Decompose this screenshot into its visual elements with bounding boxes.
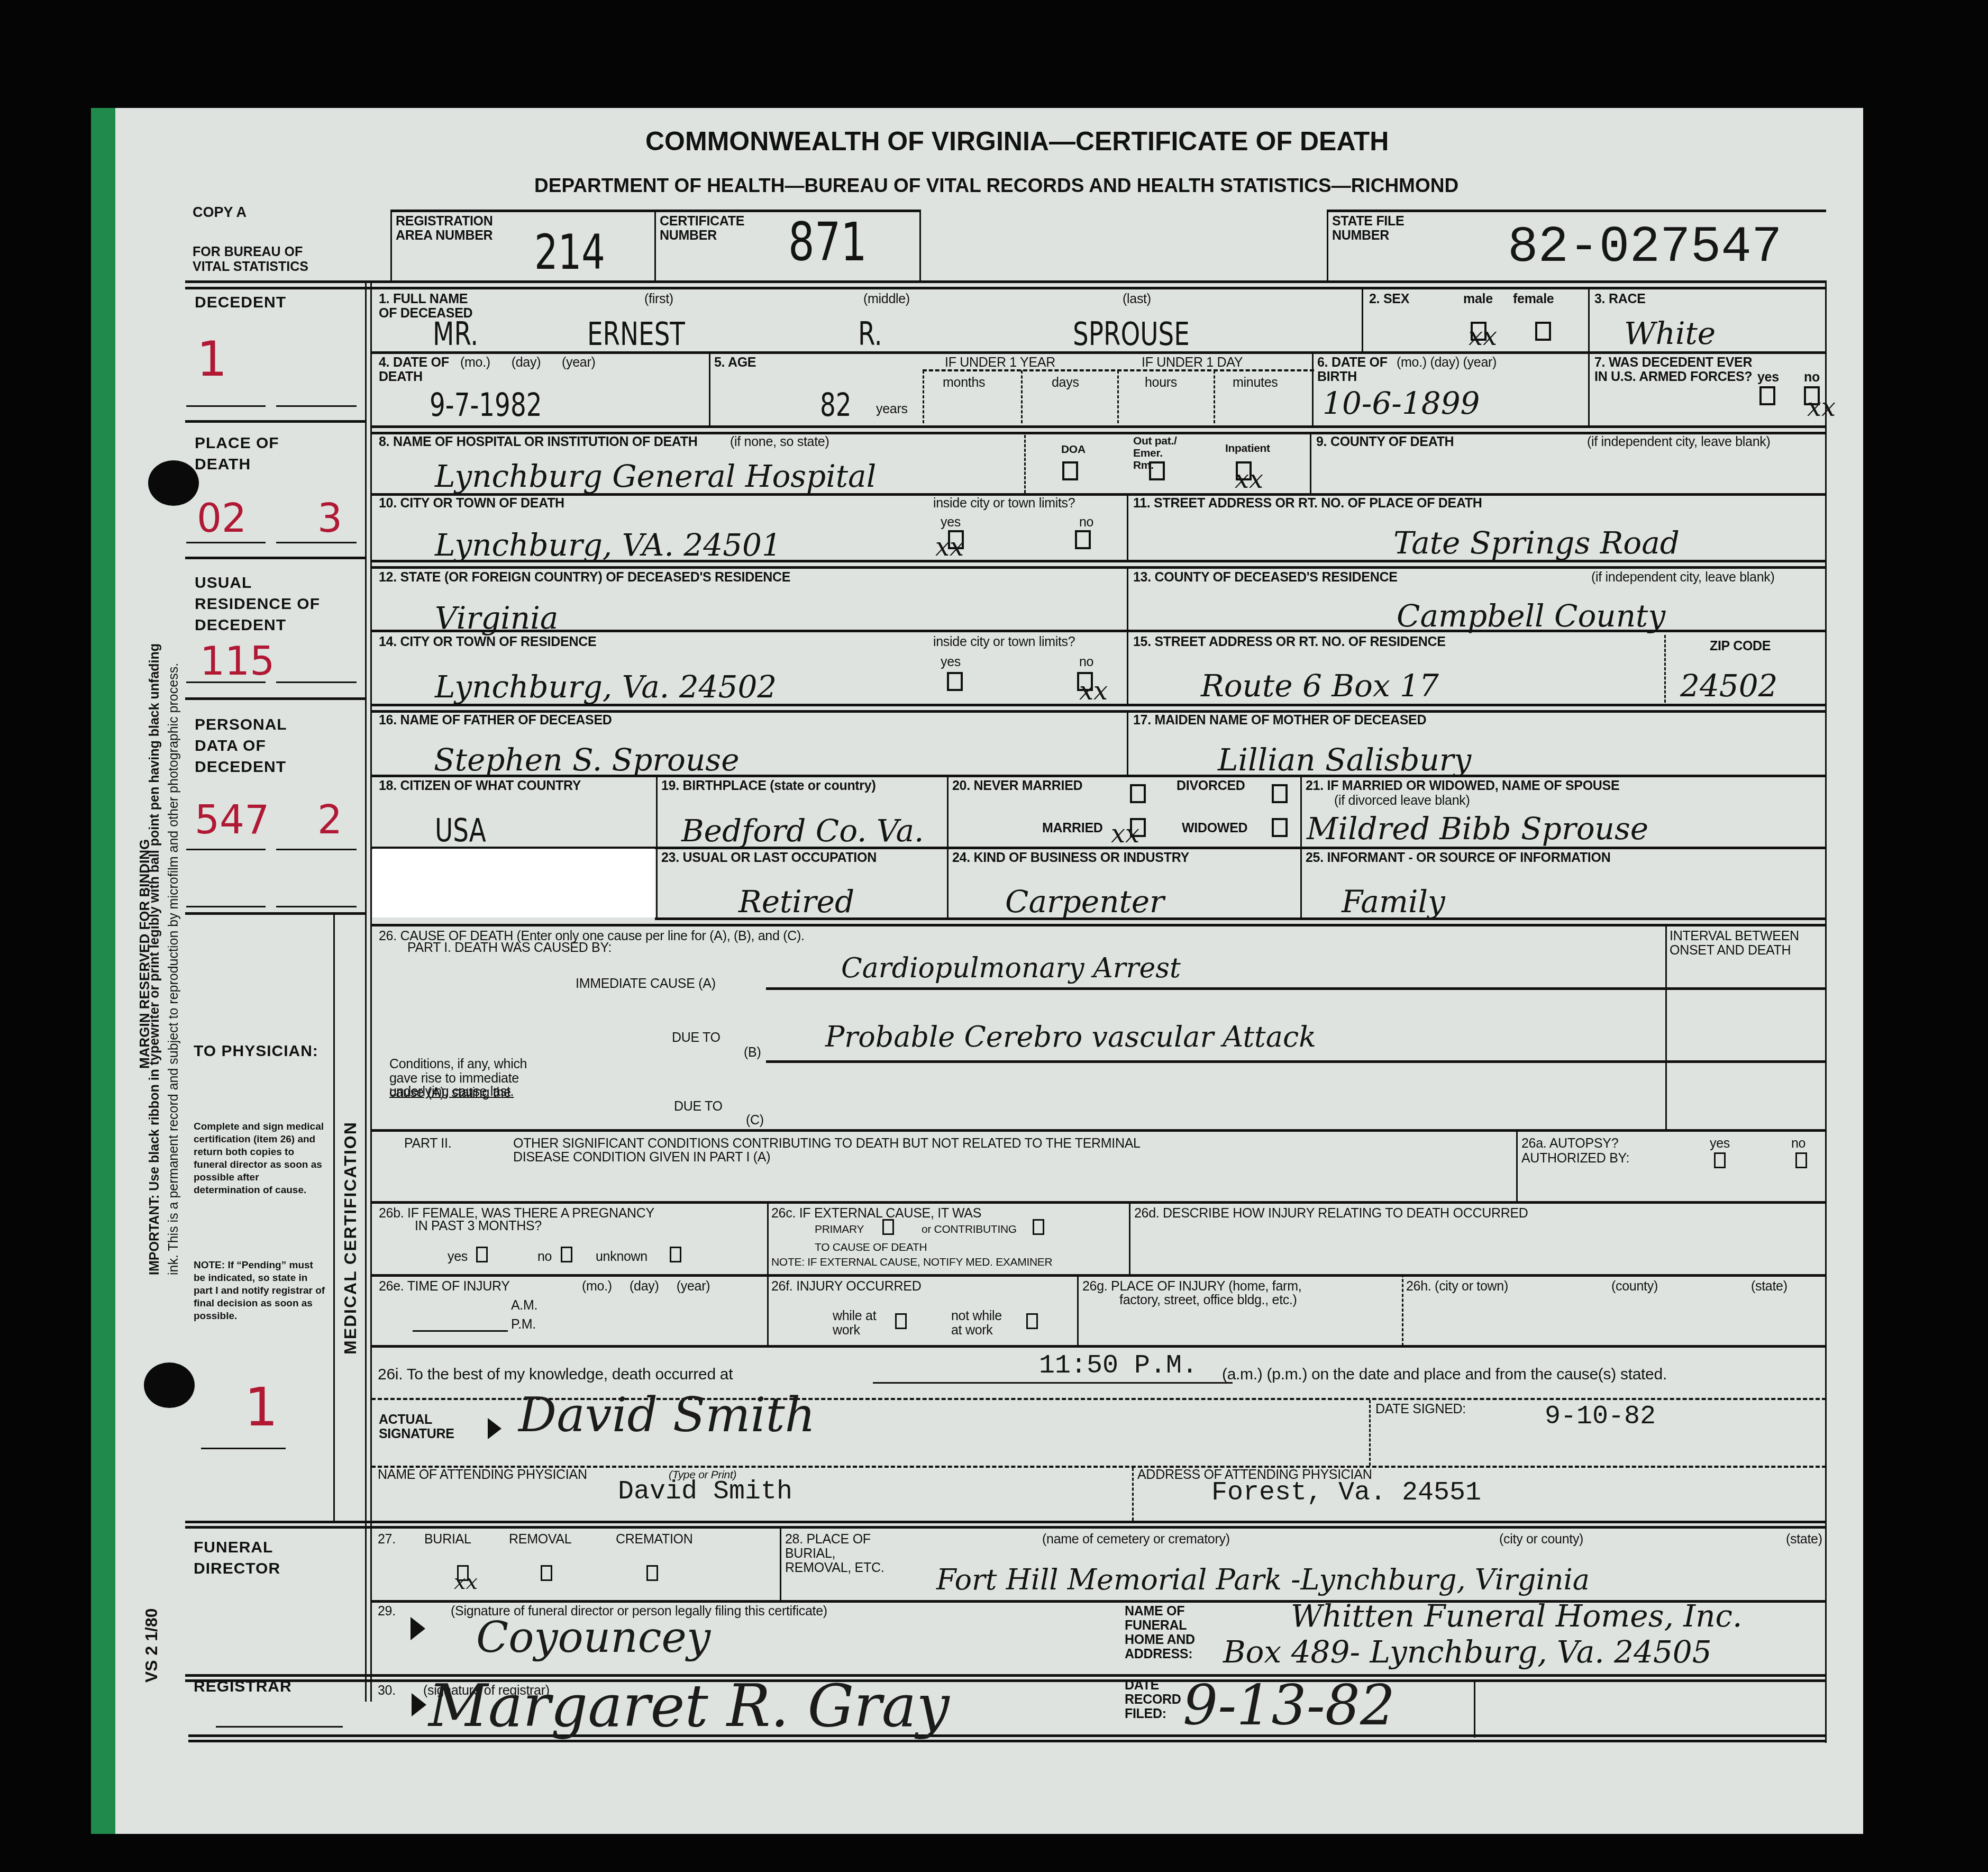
usual-residence-code: 115 [200, 640, 275, 683]
field18-label: 18. CITIZEN OF WHAT COUNTRY [379, 779, 581, 793]
rule [1021, 370, 1023, 423]
due-to-b-value[interactable]: Probable Cerebro vascular Attack [825, 1021, 1316, 1053]
decedent-code: 1 [197, 339, 227, 381]
injury-pm-label: P.M. [511, 1317, 536, 1332]
due-to-b-label: DUE TO [672, 1031, 721, 1045]
primary-label: PRIMARY [815, 1223, 864, 1235]
rule [186, 542, 266, 543]
certificate-number-value[interactable]: 871 [788, 226, 867, 258]
injury-am-label: A.M. [511, 1298, 537, 1313]
field12-label: 12. STATE (OR FOREIGN COUNTRY) OF DECEAS… [379, 570, 790, 585]
field19-label: 19. BIRTHPLACE (state or country) [661, 779, 876, 793]
field8-hint: (if none, so state) [730, 435, 829, 449]
birthplace-value[interactable]: Bedford Co. Va. [681, 815, 924, 847]
rule [276, 906, 357, 907]
mother-name-value[interactable]: Lillian Salisbury [1218, 744, 1471, 776]
rule [1127, 710, 1128, 776]
rule [276, 405, 357, 407]
spouse-name-value[interactable]: Mildred Bibb Sprouse [1307, 813, 1648, 844]
rule [1474, 1679, 1475, 1738]
rule [371, 1466, 1826, 1468]
funeral-home-label: NAME OF FUNERAL HOME AND ADDRESS: [1125, 1604, 1220, 1661]
rule [370, 351, 1826, 354]
armed-yes-checkbox[interactable] [1759, 386, 1775, 405]
pregnancy-unknown-checkbox[interactable] [670, 1247, 681, 1262]
rule [370, 560, 1826, 562]
b-marker: (B) [744, 1046, 761, 1060]
pregnancy-no-label: no [537, 1250, 552, 1264]
conditions-note-underlined: underlying cause last. [389, 1085, 514, 1099]
rule [1132, 1468, 1134, 1521]
residence-limits-no-label: no [1079, 655, 1093, 669]
field28-city-hint: (city or county) [1499, 1532, 1583, 1547]
field1-first-hint: (first) [644, 292, 673, 306]
rule [1117, 369, 1314, 371]
rule [186, 405, 266, 407]
field23-label: 23. USUAL OR LAST OCCUPATION [661, 851, 877, 865]
field26c-label: 26c. IF EXTERNAL CAUSE, IT WAS [771, 1206, 981, 1221]
field3-label: 3. RACE [1594, 292, 1646, 306]
due-to-c-label: DUE TO [674, 1099, 723, 1114]
external-cause-note: NOTE: IF EXTERNAL CAUSE, NOTIFY MED. EXA… [771, 1256, 1052, 1268]
rule [370, 704, 1826, 706]
field9-hint: (if independent city, leave blank) [1587, 435, 1771, 449]
pregnancy-yes-label: yes [448, 1250, 468, 1264]
informant-value[interactable]: Family [1342, 886, 1445, 917]
doa-label: DOA [1061, 443, 1086, 456]
field26i-label: 26i. To the best of my knowledge, death … [378, 1367, 733, 1382]
section-usual-residence: USUAL RESIDENCE OF DECEDENT [195, 572, 338, 636]
field26b-label2: IN PAST 3 MONTHS? [415, 1219, 542, 1233]
part2-text-line1: OTHER SIGNIFICANT CONDITIONS CONTRIBUTIN… [513, 1137, 1141, 1151]
field1-last-hint: (last) [1123, 292, 1151, 306]
funeral-director-signature[interactable]: Coyouncey [476, 1613, 710, 1662]
field26h-label: 26h. (city or town) [1406, 1279, 1508, 1294]
rule [390, 210, 392, 280]
widowed-label: WIDOWED [1182, 821, 1247, 835]
residence-state-value[interactable]: Virginia [435, 602, 558, 634]
rule [766, 1060, 1826, 1063]
removal-label: REMOVAL [509, 1532, 571, 1547]
field29-label: 29. [378, 1604, 396, 1619]
field26e-label: 26e. TIME OF INJURY [379, 1279, 510, 1294]
important-notice-line2: ink. This is a permanent record and subj… [166, 663, 181, 1275]
rule [1024, 435, 1026, 493]
personal-data-code-1: 547 [195, 799, 269, 841]
death-limits-yes-mark: xx [935, 534, 964, 560]
field28-state-hint: (state) [1786, 1532, 1822, 1547]
rule [1117, 370, 1119, 423]
field11-label: 11. STREET ADDRESS OR RT. NO. OF PLACE O… [1133, 496, 1482, 511]
burial-place-value[interactable]: Fort Hill Memorial Park -Lynchburg, Virg… [936, 1564, 1590, 1596]
time-of-death-value[interactable]: 11:50 P.M. [1039, 1352, 1198, 1380]
days-label: days [1052, 376, 1079, 390]
residence-limits-no-mark: xx [1079, 678, 1108, 704]
death-limits-yes-label: yes [941, 515, 961, 530]
under-day-label: IF UNDER 1 DAY [1142, 356, 1243, 370]
rule [1516, 1129, 1518, 1202]
field6-hint: (mo.) (day) (year) [1397, 356, 1497, 370]
signature-label: ACTUAL SIGNATURE [379, 1413, 442, 1441]
sex-female-label: female [1513, 292, 1554, 306]
death-limits-no-label: no [1079, 515, 1093, 530]
occupation-value[interactable]: Retired [738, 886, 854, 917]
rule [656, 847, 658, 919]
field10-label: 10. CITY OR TOWN OF DEATH [379, 496, 564, 511]
field4-label: 4. DATE OF DEATH [379, 356, 458, 384]
field4-hint: (mo.) (day) (year) [460, 356, 596, 370]
rule [333, 912, 335, 1521]
rule [276, 542, 357, 543]
autopsy-yes-label: yes [1710, 1137, 1730, 1151]
section-funeral-director: FUNERAL DIRECTOR [194, 1537, 321, 1579]
rule [1369, 1400, 1371, 1466]
contributing-label: or CONTRIBUTING [922, 1223, 1017, 1235]
armed-no-label: no [1804, 370, 1820, 385]
while-at-work-label: while at work [833, 1309, 880, 1338]
state-file-number-value[interactable]: 82-027547 [1508, 221, 1782, 274]
field15-label: 15. STREET ADDRESS OR RT. NO. OF RESIDEN… [1133, 635, 1446, 649]
inpatient-mark: xx [1235, 467, 1263, 492]
field10-limits-label: inside city or town limits? [933, 496, 1075, 511]
zip-code-label: ZIP CODE [1710, 639, 1771, 653]
industry-value[interactable]: Carpenter [1005, 886, 1164, 917]
armed-no-mark: xx [1807, 395, 1836, 420]
physician-signature[interactable]: David Smith [518, 1387, 816, 1443]
doa-checkbox[interactable] [1062, 461, 1078, 480]
rule [276, 849, 357, 850]
rule [370, 924, 1826, 926]
never-married-checkbox[interactable] [1130, 784, 1146, 803]
citizenship-value[interactable]: USA [435, 815, 486, 847]
rule [185, 1526, 1826, 1529]
decedent-first-name[interactable]: ERNEST [587, 319, 685, 350]
rule [1327, 210, 1826, 212]
date-of-birth-value[interactable]: 10-6-1899 [1323, 387, 1480, 419]
redacted-field-22 [372, 849, 655, 917]
place-of-death-street-value[interactable]: Tate Springs Road [1393, 527, 1680, 559]
pregnancy-unknown-label: unknown [596, 1250, 648, 1264]
medical-certification-label: MEDICAL CERTIFICATION [341, 1121, 360, 1355]
state-file-number-label: STATE FILE NUMBER [1332, 214, 1417, 243]
field26f-label: 26f. INJURY OCCURRED [771, 1279, 921, 1294]
rule [370, 1274, 1826, 1277]
field27-label: 27. [378, 1532, 396, 1547]
not-while-at-work-label: not while at work [951, 1309, 1015, 1338]
field26g-label: 26g. PLACE OF INJURY (home, farm, [1082, 1279, 1301, 1294]
physician-name-label: NAME OF ATTENDING PHYSICIAN [378, 1468, 587, 1482]
field6-label: 6. DATE OF BIRTH [1317, 356, 1397, 384]
rule [370, 566, 1826, 569]
field21-hint: (if divorced leave blank) [1334, 794, 1470, 808]
rule [923, 370, 924, 423]
rule [188, 1740, 1826, 1742]
field9-label: 9. COUNTY OF DEATH [1316, 435, 1454, 449]
age-unit: years [876, 402, 908, 416]
pregnancy-no-checkbox[interactable] [561, 1247, 572, 1262]
rule [186, 849, 266, 850]
rule [1312, 351, 1314, 425]
field30-label: 30. [378, 1684, 396, 1698]
pregnancy-yes-checkbox[interactable] [476, 1247, 488, 1262]
rule [185, 557, 365, 559]
rule [216, 1726, 343, 1728]
hours-label: hours [1145, 376, 1177, 390]
field28-label: 28. PLACE OF BURIAL, REMOVAL, ETC. [785, 1532, 891, 1575]
field13-label: 13. COUNTY OF DECEASED'S RESIDENCE [1133, 570, 1398, 585]
page-subtitle: DEPARTMENT OF HEALTH—BUREAU OF VITAL REC… [534, 175, 1458, 197]
residence-limits-yes-label: yes [941, 655, 961, 669]
date-signed-label: DATE SIGNED: [1375, 1402, 1466, 1416]
while-at-work-checkbox[interactable] [895, 1313, 907, 1329]
field13-hint: (if independent city, leave blank) [1591, 570, 1775, 585]
residence-limits-yes-checkbox[interactable] [947, 672, 963, 691]
part2-text-line2: DISEASE CONDITION GIVEN IN PART I (A) [513, 1150, 770, 1165]
autopsy-label: 26a. AUTOPSY? [1521, 1137, 1618, 1151]
form-number: VS 2 1/80 [142, 1608, 161, 1683]
rule [1327, 210, 1328, 280]
section-to-physician: TO PHYSICIAN: [194, 1040, 321, 1063]
under-year-label: IF UNDER 1 YEAR [945, 356, 1055, 370]
rule [370, 775, 1826, 777]
rule [370, 1345, 1826, 1348]
certificate-number-label: CERTIFICATE NUMBER [660, 214, 744, 243]
sex-female-checkbox[interactable] [1535, 322, 1551, 341]
physician-address-value[interactable]: Forest, Va. 24551 [1211, 1479, 1481, 1507]
rule [370, 425, 1826, 428]
funeral-home-name-value[interactable]: Whitten Funeral Homes, Inc. [1291, 1600, 1742, 1632]
section-registrar: REGISTRAR [194, 1676, 292, 1697]
decedent-middle-initial[interactable]: R. [858, 319, 882, 350]
rule [370, 1201, 1826, 1204]
rule [1214, 370, 1215, 423]
married-label: MARRIED [1042, 821, 1103, 835]
outpatient-checkbox[interactable] [1149, 461, 1165, 480]
field2-label: 2. SEX [1369, 292, 1409, 306]
rule [1127, 493, 1128, 561]
widowed-checkbox[interactable] [1272, 818, 1288, 837]
interval-label: INTERVAL BETWEEN ONSET AND DEATH [1670, 929, 1823, 958]
contributing-checkbox[interactable] [1033, 1219, 1044, 1235]
rule [656, 775, 658, 847]
sex-male-mark: xx [1469, 324, 1497, 349]
authorized-by-label: AUTHORIZED BY: [1521, 1151, 1629, 1166]
race-value[interactable]: White [1624, 317, 1716, 349]
decedent-title[interactable]: MR. [433, 319, 478, 350]
rule [1310, 432, 1311, 494]
rule [201, 1448, 286, 1449]
physician-name-value[interactable]: David Smith [618, 1478, 792, 1506]
field28-name-hint: (name of cemetery or crematory) [1042, 1532, 1230, 1547]
section-personal-data: PERSONAL DATA OF DECEDENT [195, 714, 332, 778]
rule [766, 987, 1826, 990]
rule [780, 1526, 781, 1601]
rule [767, 1201, 769, 1275]
date-signed-value[interactable]: 9-10-82 [1545, 1403, 1656, 1431]
part1-label: PART I. DEATH WAS CAUSED BY: [407, 941, 612, 955]
rule [1664, 635, 1666, 703]
death-limits-no-checkbox[interactable] [1075, 530, 1091, 549]
registration-area-value[interactable]: 214 [534, 237, 605, 269]
rule [1362, 287, 1363, 352]
to-cause-label: TO CAUSE OF DEATH [815, 1241, 927, 1253]
section-decedent: DECEDENT [195, 292, 286, 313]
copy-for-label: FOR BUREAU OF VITAL STATISTICS [193, 244, 330, 274]
field20-label: 20. NEVER MARRIED [952, 779, 1082, 793]
date-filed-value[interactable]: 9-13-82 [1183, 1673, 1395, 1738]
place-of-death-code-1: 02 [197, 497, 247, 540]
rule [365, 280, 367, 1702]
field1-middle-hint: (middle) [863, 292, 910, 306]
age-value[interactable]: 82 [820, 389, 852, 421]
burial-mark: xx [454, 1569, 478, 1595]
registrar-arrow-icon [412, 1693, 426, 1716]
rule [1402, 1274, 1403, 1346]
burial-label: BURIAL [424, 1532, 471, 1547]
primary-checkbox[interactable] [882, 1219, 894, 1235]
section-place-of-death: PLACE OF DEATH [195, 433, 322, 475]
copy-label: COPY A [193, 204, 247, 221]
rule [1077, 1274, 1079, 1346]
autopsy-no-label: no [1791, 1137, 1805, 1151]
rule [370, 493, 1826, 496]
inpatient-label: Inpatient [1225, 442, 1270, 455]
rule [1588, 287, 1590, 352]
field26i-suffix: (a.m.) (p.m.) on the date and place and … [1222, 1367, 1667, 1382]
rule [370, 1129, 1826, 1132]
months-label: months [943, 376, 985, 390]
decedent-last-name[interactable]: SPROUSE [1073, 319, 1190, 350]
pending-note: NOTE: If “Pending” must be indicated, so… [194, 1259, 326, 1323]
field25-label: 25. INFORMANT - OR SOURCE OF INFORMATION [1306, 851, 1610, 865]
funeral-signature-arrow-icon [411, 1617, 425, 1640]
residence-city-value[interactable]: Lynchburg, Va. 24502 [435, 671, 777, 703]
field8-label: 8. NAME OF HOSPITAL OR INSTITUTION OF DE… [379, 435, 697, 449]
field5-label: 5. AGE [714, 356, 756, 370]
signature-arrow-icon [488, 1418, 501, 1439]
binding-margin-stripe [91, 108, 115, 1834]
rule [1127, 566, 1128, 631]
field17-label: 17. MAIDEN NAME OF MOTHER OF DECEASED [1133, 713, 1426, 728]
rule [919, 210, 921, 280]
rule [655, 917, 1826, 920]
date-of-death-value[interactable]: 9-7-1982 [430, 389, 542, 421]
rule [413, 1330, 508, 1332]
rule [185, 1521, 1826, 1523]
sex-male-label: male [1463, 292, 1493, 306]
field7-label: 7. WAS DECEDENT EVER IN U.S. ARMED FORCE… [1594, 356, 1753, 384]
removal-checkbox[interactable] [541, 1565, 552, 1581]
father-name-value[interactable]: Stephen S. Sprouse [434, 744, 739, 776]
field26e-hint: (mo.) (day) (year) [582, 1279, 710, 1294]
rule [185, 697, 365, 700]
rule [1129, 1201, 1130, 1275]
punch-hole-top [148, 460, 199, 506]
minutes-label: minutes [1233, 376, 1278, 390]
rule [654, 210, 656, 280]
zip-code-value[interactable]: 24502 [1680, 670, 1778, 702]
rule [1127, 630, 1128, 704]
field26d-label: 26d. DESCRIBE HOW INJURY RELATING TO DEA… [1134, 1206, 1528, 1221]
field26h-county: (county) [1611, 1279, 1658, 1294]
autopsy-no-checkbox[interactable] [1795, 1152, 1807, 1168]
married-mark: xx [1111, 821, 1139, 847]
immediate-cause-value[interactable]: Cardiopulmonary Arrest [841, 952, 1181, 984]
physician-code: 1 [244, 1386, 278, 1429]
rule [186, 681, 266, 683]
not-while-at-work-checkbox[interactable] [1026, 1313, 1038, 1329]
rule [185, 280, 1826, 283]
rule [186, 906, 266, 907]
rule [1588, 351, 1590, 425]
rule [1825, 280, 1827, 1743]
rule [709, 351, 710, 425]
field26g-label2: factory, street, office bldg., etc.) [1119, 1293, 1297, 1307]
place-of-death-code-2: 3 [317, 497, 342, 540]
autopsy-yes-checkbox[interactable] [1714, 1152, 1726, 1168]
city-of-death-value[interactable]: Lynchburg, VA. 24501 [435, 529, 781, 561]
rule [370, 630, 1826, 632]
cremation-label: CREMATION [616, 1532, 692, 1547]
immediate-cause-label: IMMEDIATE CAUSE (A) [576, 977, 716, 991]
rule [767, 1274, 769, 1346]
field26h-state: (state) [1751, 1279, 1788, 1294]
divorced-checkbox[interactable] [1272, 784, 1288, 803]
important-notice-line1: IMPORTANT: Use black ribbon in typewrite… [147, 643, 162, 1275]
registration-area-label: REGISTRATION AREA NUMBER [396, 214, 512, 243]
funeral-home-address-value[interactable]: Box 489- Lynchburg, Va. 24505 [1223, 1636, 1712, 1668]
field16-label: 16. NAME OF FATHER OF DECEASED [379, 713, 612, 728]
field24-label: 24. KIND OF BUSINESS OR INDUSTRY [952, 851, 1189, 865]
rule [185, 420, 365, 423]
rule [185, 912, 365, 915]
physician-instructions: Complete and sign medical certification … [194, 1121, 326, 1197]
rule [185, 287, 1826, 289]
part2-label: PART II. [404, 1137, 451, 1151]
cremation-checkbox[interactable] [646, 1565, 658, 1581]
c-marker: (C) [746, 1113, 764, 1128]
rule [1665, 924, 1667, 1130]
hospital-value[interactable]: Lynchburg General Hospital [435, 460, 876, 492]
armed-yes-label: yes [1757, 370, 1779, 385]
rule [873, 1382, 1233, 1384]
divorced-label: DIVORCED [1177, 779, 1245, 793]
field21-label: 21. IF MARRIED OR WIDOWED, NAME OF SPOUS… [1306, 779, 1619, 793]
field14-limits-label: inside city or town limits? [933, 635, 1075, 649]
personal-data-code-2: 2 [317, 799, 342, 841]
registrar-signature[interactable]: Margaret R. Gray [428, 1672, 950, 1740]
page-title: COMMONWEALTH OF VIRGINIA—CERTIFICATE OF … [645, 126, 1389, 157]
punch-hole-bottom [144, 1362, 195, 1408]
rule [276, 681, 357, 683]
field14-label: 14. CITY OR TOWN OF RESIDENCE [379, 635, 596, 649]
residence-county-value[interactable]: Campbell County [1397, 600, 1665, 632]
residence-street-value[interactable]: Route 6 Box 17 [1201, 670, 1439, 702]
